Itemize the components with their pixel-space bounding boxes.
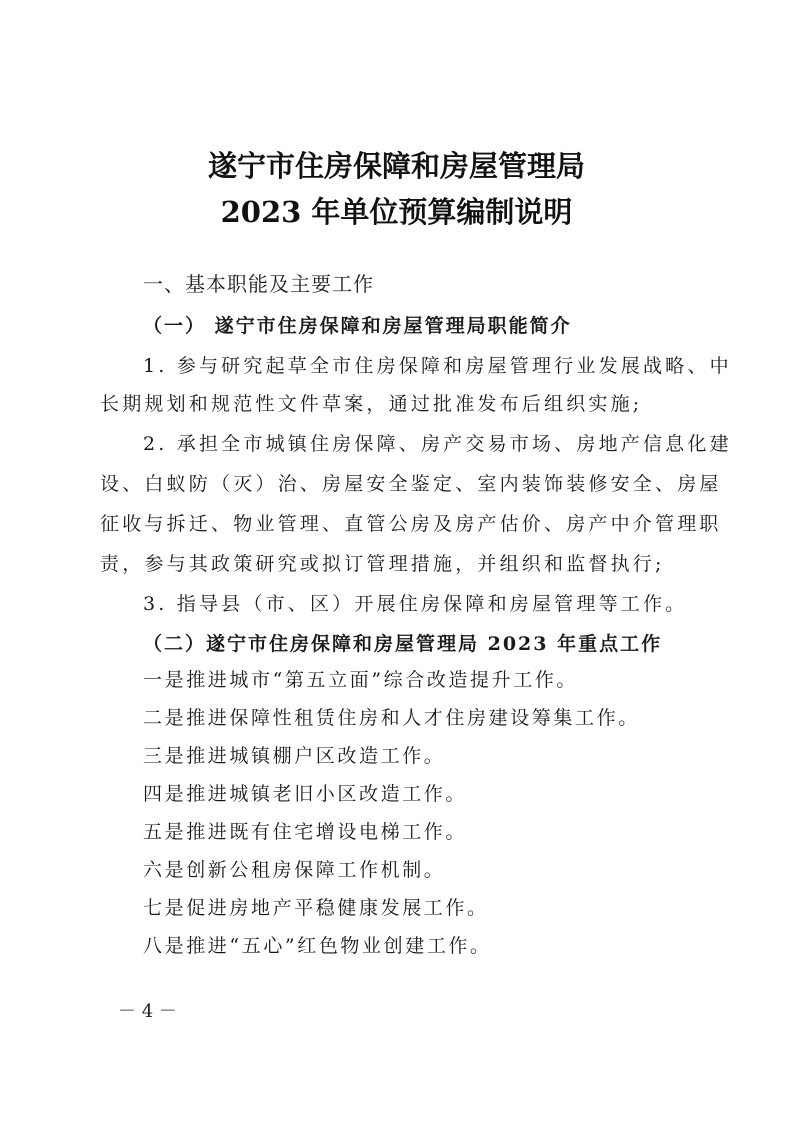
document-title-line-2: 2023 年单位预算编制说明 <box>0 190 793 231</box>
list-item: 一是推进城市“第五立面”综合改造提升工作。 <box>143 668 578 692</box>
paragraph-line: 长期规划和规范性文件草案，通过批准发布后组织实施; <box>100 392 642 416</box>
paragraph-line: 2. 承担全市城镇住房保障、房产交易市场、房地产信息化建 <box>143 432 732 456</box>
page-number: － 4 － <box>118 997 177 1023</box>
list-item: 四是推进城镇老旧小区改造工作。 <box>143 782 467 806</box>
list-item: 五是推进既有住宅增设电梯工作。 <box>143 820 467 844</box>
subsection-heading-function-intro: （一） 遂宁市住房保障和房屋管理局职能简介 <box>143 314 572 338</box>
paragraph-line: 设、白蚁防（灭）治、房屋安全鉴定、室内装饰装修安全、房屋 <box>100 472 722 496</box>
list-item: 二是推进保障性租赁住房和人才住房建设筹集工作。 <box>143 706 640 730</box>
paragraph-line: 征收与拆迁、物业管理、直管公房及房产估价、房产中介管理职 <box>100 512 722 536</box>
list-item: 三是推进城镇棚户区改造工作。 <box>143 744 445 768</box>
section-heading-basic-functions: 一、基本职能及主要工作 <box>143 272 374 296</box>
paragraph-line: 3. 指导县（市、区）开展住房保障和房屋管理等工作。 <box>143 592 687 616</box>
paragraph-line: 1. 参与研究起草全市住房保障和房屋管理行业发展战略、中 <box>143 354 732 378</box>
paragraph-line: 责，参与其政策研究或拟订管理措施，并组织和监督执行; <box>100 552 665 576</box>
list-item: 六是创新公租房保障工作机制。 <box>143 858 445 882</box>
document-title-line-1: 遂宁市住房保障和房屋管理局 <box>0 144 793 185</box>
subsection-heading-key-work-2023: （二）遂宁市住房保障和房屋管理局 2023 年重点工作 <box>143 632 662 656</box>
list-item: 八是推进“五心”红色物业创建工作。 <box>143 934 492 958</box>
list-item: 七是促进房地产平稳健康发展工作。 <box>143 896 489 920</box>
